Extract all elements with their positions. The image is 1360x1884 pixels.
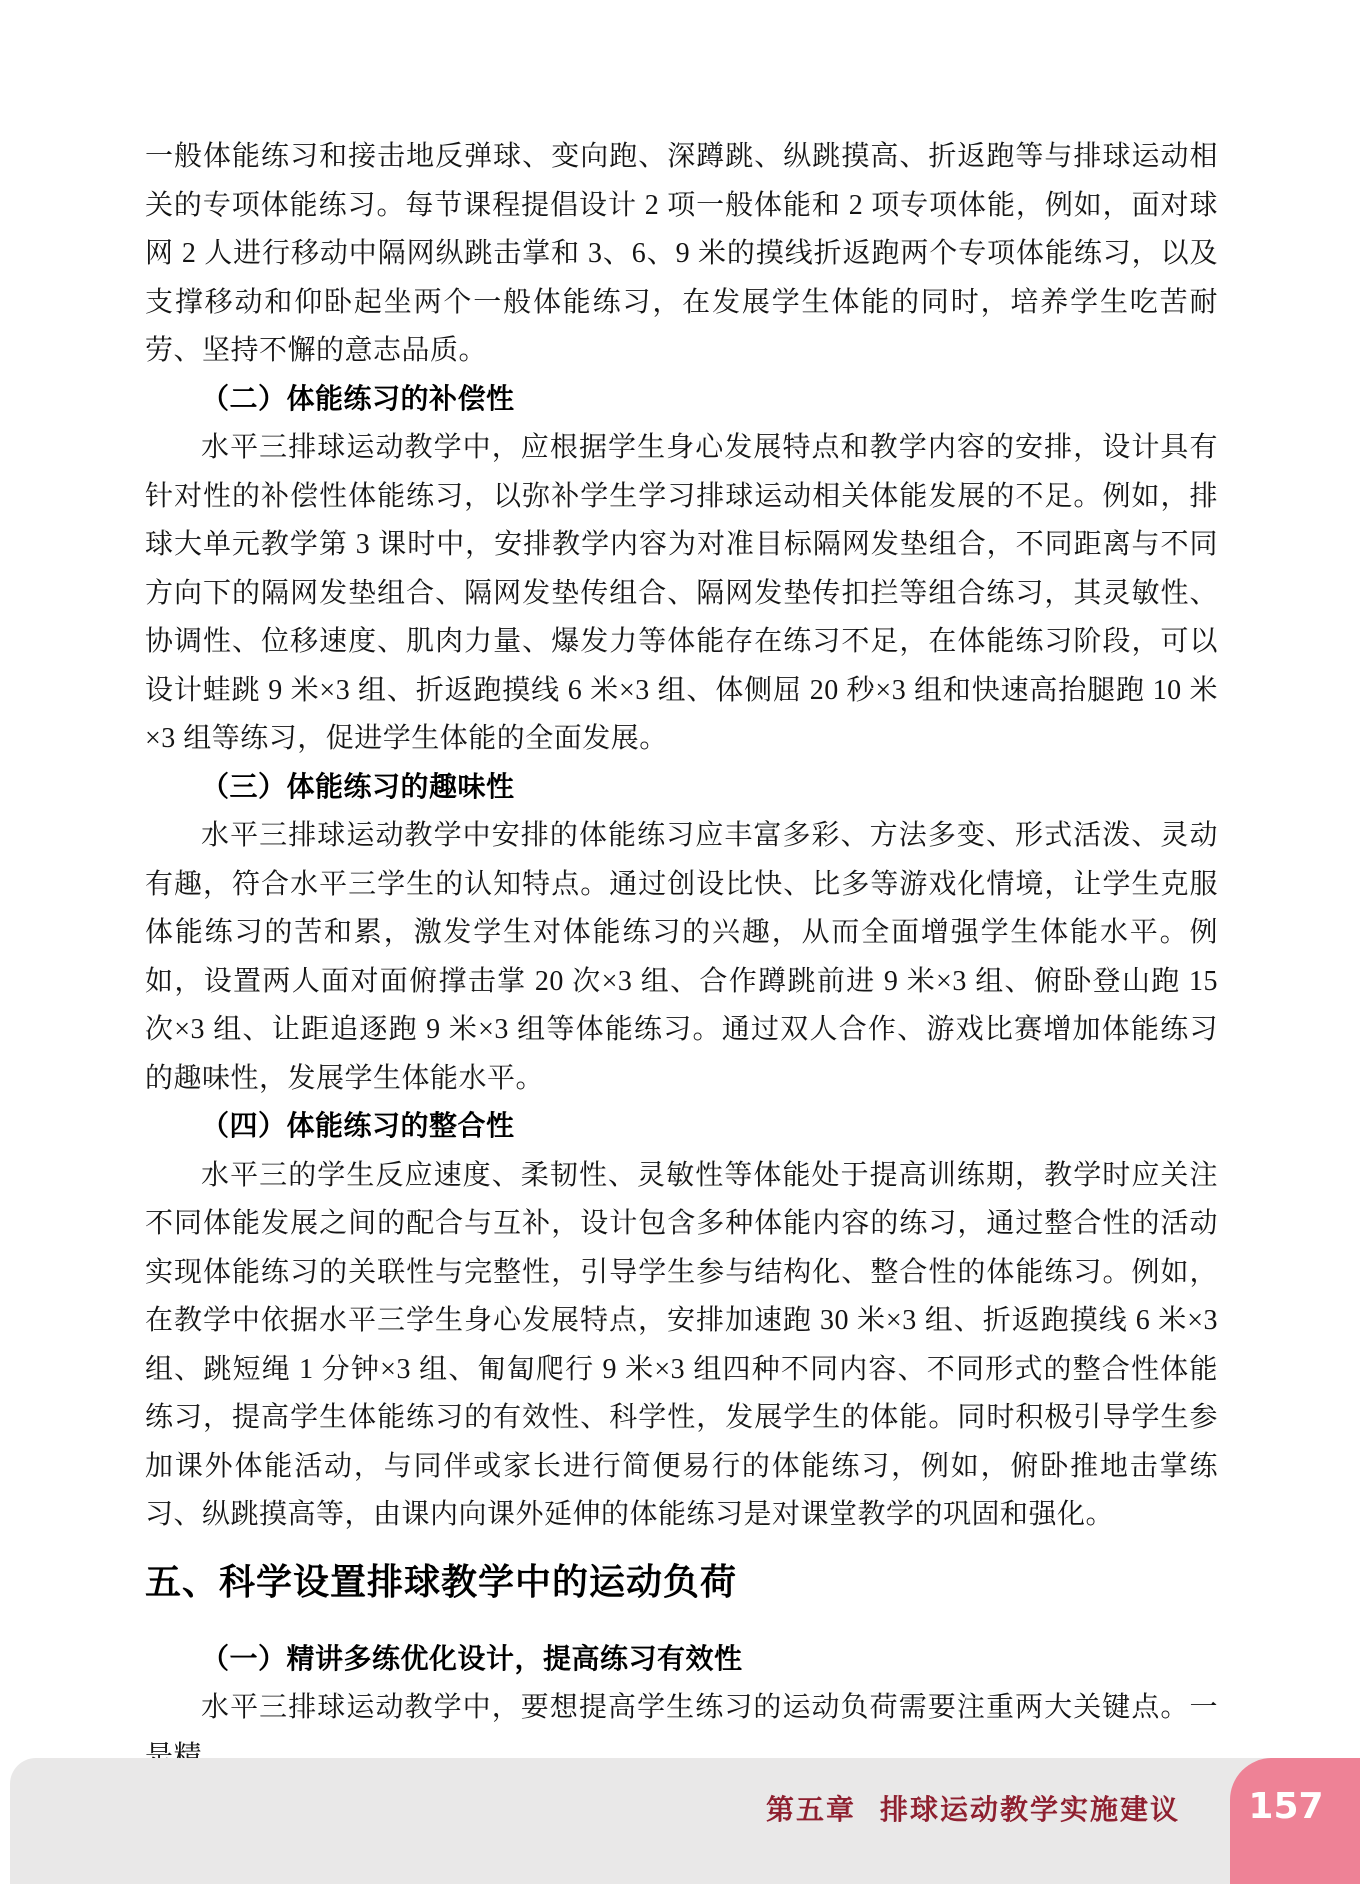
footer-bar: 第五章 排球运动教学实施建议 — [10, 1758, 1360, 1884]
chapter-section-heading-load: 五、科学设置排球教学中的运动负荷 — [145, 1556, 1218, 1608]
page-number-badge: 157 — [1230, 1758, 1360, 1884]
footer-chapter-line: 第五章 排球运动教学实施建议 — [766, 1788, 1180, 1828]
paragraph-intro-continuation: 一般体能练习和接击地反弹球、变向跑、深蹲跳、纵跳摸高、折返跑等与排球运动相关的专… — [145, 133, 1218, 376]
book-page: 一般体能练习和接击地反弹球、变向跑、深蹲跳、纵跳摸高、折返跑等与排球运动相关的专… — [0, 0, 1360, 1884]
page-content: 一般体能练习和接击地反弹球、变向跑、深蹲跳、纵跳摸高、折返跑等与排球运动相关的专… — [145, 0, 1218, 1781]
paragraph-integration: 水平三的学生反应速度、柔韧性、灵敏性等体能处于提高训练期，教学时应关注不同体能发… — [145, 1152, 1218, 1540]
page-number: 157 — [1248, 1786, 1323, 1827]
footer-chapter-label: 第五章 — [766, 1788, 856, 1828]
section-heading-lecture-practice: （一）精讲多练优化设计，提高练习有效性 — [145, 1636, 1218, 1685]
paragraph-compensation: 水平三排球运动教学中，应根据学生身心发展特点和教学内容的安排，设计具有针对性的补… — [145, 424, 1218, 764]
footer-chapter-title: 排球运动教学实施建议 — [880, 1788, 1180, 1828]
section-heading-compensation: （二）体能练习的补偿性 — [145, 376, 1218, 425]
paragraph-fun: 水平三排球运动教学中安排的体能练习应丰富多彩、方法多变、形式活泼、灵动有趣，符合… — [145, 812, 1218, 1103]
section-heading-fun: （三）体能练习的趣味性 — [145, 764, 1218, 813]
section-heading-integration: （四）体能练习的整合性 — [145, 1103, 1218, 1152]
